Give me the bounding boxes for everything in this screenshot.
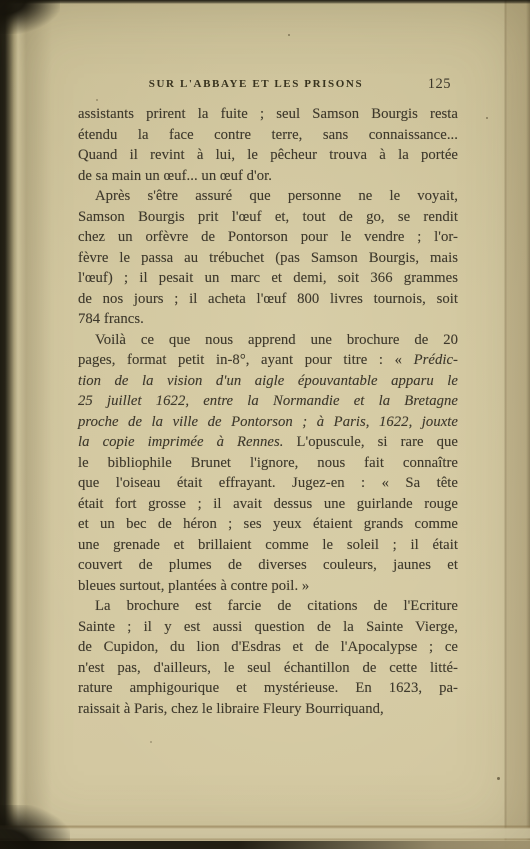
text-line: Après s'être assuré que personne ne le v… xyxy=(78,186,458,207)
text-line: couvert de plumes de diverses couleurs, … xyxy=(78,555,458,576)
text-segment: Sainte ; il y est aussi question de la S… xyxy=(78,619,458,635)
text-segment: 25 juillet 1622, entre la Normandie et l… xyxy=(78,393,458,409)
text-segment: et un bec de héron ; ses yeux étaient gr… xyxy=(78,516,458,532)
running-head: SUR L'ABBAYE ET LES PRISONS 125 xyxy=(77,78,457,96)
text-segment: l'œuf) ; il pesait un marc et demi, soit… xyxy=(78,270,458,286)
text-segment: Samson Bourgis prit l'œuf et, tout de go… xyxy=(78,209,458,225)
text-segment: de sa main un œuf... un œuf d'or. xyxy=(78,168,272,184)
scan-edge-bottom xyxy=(0,841,530,849)
text-line: La brochure est farcie de citations de l… xyxy=(78,596,458,617)
text-segment: L'opuscule, si rare que xyxy=(283,434,458,450)
text-line: Voilà ce que nous apprend une brochure d… xyxy=(78,330,458,351)
scanned-book-page: SUR L'ABBAYE ET LES PRISONS 125 assistan… xyxy=(0,0,530,849)
text-line: une grenade et brillaient comme le solei… xyxy=(78,535,458,556)
text-segment: étendu la face contre terre, sans connai… xyxy=(78,127,458,143)
page-edge-right xyxy=(502,0,530,849)
text-segment: de nos jours ; il acheta l'œuf 800 livre… xyxy=(78,291,458,307)
paper-speck xyxy=(96,99,98,101)
text-line: que l'oiseau était effrayant. Jugez-en :… xyxy=(78,473,458,494)
text-segment: fèvre le passa au trébuchet (pas Samson … xyxy=(78,250,458,266)
text-line: et un bec de héron ; ses yeux étaient gr… xyxy=(78,514,458,535)
text-segment: chez un orfèvre de Pontorson pour le ven… xyxy=(78,229,458,245)
scan-corner-bottom-left xyxy=(0,805,70,849)
text-segment: proche de la ville de Pontorson ; à Pari… xyxy=(78,414,458,430)
page-text: assistants prirent la fuite ; seul Samso… xyxy=(78,104,458,719)
text-segment: assistants prirent la fuite ; seul Samso… xyxy=(78,106,458,122)
text-segment: couvert de plumes de diverses couleurs, … xyxy=(78,557,458,573)
paper-speck xyxy=(497,777,500,780)
text-line: assistants prirent la fuite ; seul Samso… xyxy=(78,104,458,125)
text-segment: de Cupidon, du lion d'Esdras et de l'Apo… xyxy=(78,639,458,655)
scan-corner-top-left xyxy=(0,0,60,34)
text-line: pages, format petit in-8°, ayant pour ti… xyxy=(78,350,458,371)
text-segment: Voilà ce que nous apprend une brochure d… xyxy=(95,332,458,348)
text-line: la copie imprimée à Rennes. L'opuscule, … xyxy=(78,432,458,453)
text-segment: Quand il revint à lui, le pêcheur trouva… xyxy=(78,147,458,163)
text-segment: tion de la vision d'un aigle épouvantabl… xyxy=(78,373,458,389)
text-line: rature amphigourique et mystérieuse. En … xyxy=(78,678,458,699)
paper-speck xyxy=(288,34,290,36)
text-line: fèvre le passa au trébuchet (pas Samson … xyxy=(78,248,458,269)
running-title: SUR L'ABBAYE ET LES PRISONS xyxy=(77,78,435,90)
text-line: était fort grosse ; il avait dessus une … xyxy=(78,494,458,515)
text-segment: le bibliophile Brunet l'ignore, nous fai… xyxy=(78,455,458,471)
paper-speck xyxy=(486,117,488,119)
text-segment: La brochure est farcie de citations de l… xyxy=(95,598,458,614)
text-line: de sa main un œuf... un œuf d'or. xyxy=(78,166,458,187)
text-line: de nos jours ; il acheta l'œuf 800 livre… xyxy=(78,289,458,310)
text-segment: était fort grosse ; il avait dessus une … xyxy=(78,496,458,512)
text-segment: raissait à Paris, chez le libraire Fleur… xyxy=(78,701,384,717)
text-line: Quand il revint à lui, le pêcheur trouva… xyxy=(78,145,458,166)
text-segment: rature amphigourique et mystérieuse. En … xyxy=(78,680,458,696)
text-segment: bleues surtout, plantées à contre poil. … xyxy=(78,578,309,594)
text-line: raissait à Paris, chez le libraire Fleur… xyxy=(78,699,458,720)
text-segment: 784 francs. xyxy=(78,311,144,327)
text-line: étendu la face contre terre, sans connai… xyxy=(78,125,458,146)
scan-edge-top xyxy=(0,0,530,4)
text-line: Samson Bourgis prit l'œuf et, tout de go… xyxy=(78,207,458,228)
text-line: de Cupidon, du lion d'Esdras et de l'Apo… xyxy=(78,637,458,658)
paper-speck xyxy=(150,741,152,743)
text-line: proche de la ville de Pontorson ; à Pari… xyxy=(78,412,458,433)
binding-gutter-shadow xyxy=(0,0,52,849)
text-segment: une grenade et brillaient comme le solei… xyxy=(78,537,458,553)
text-segment: pages, format petit in-8°, ayant pour ti… xyxy=(78,352,414,368)
text-line: n'est pas, d'ailleurs, le seul échantill… xyxy=(78,658,458,679)
text-segment: que l'oiseau était effrayant. Jugez-en :… xyxy=(78,475,458,491)
text-segment: la copie imprimée à Rennes. xyxy=(78,434,283,450)
text-line: tion de la vision d'un aigle épouvantabl… xyxy=(78,371,458,392)
text-line: le bibliophile Brunet l'ignore, nous fai… xyxy=(78,453,458,474)
text-line: 784 francs. xyxy=(78,309,458,330)
text-segment: n'est pas, d'ailleurs, le seul échantill… xyxy=(78,660,458,676)
text-segment: Prédic- xyxy=(414,352,458,368)
text-line: Sainte ; il y est aussi question de la S… xyxy=(78,617,458,638)
text-segment: Après s'être assuré que personne ne le v… xyxy=(95,188,458,204)
text-line: bleues surtout, plantées à contre poil. … xyxy=(78,576,458,597)
page-number: 125 xyxy=(428,76,451,93)
text-line: 25 juillet 1622, entre la Normandie et l… xyxy=(78,391,458,412)
text-line: chez un orfèvre de Pontorson pour le ven… xyxy=(78,227,458,248)
text-line: l'œuf) ; il pesait un marc et demi, soit… xyxy=(78,268,458,289)
